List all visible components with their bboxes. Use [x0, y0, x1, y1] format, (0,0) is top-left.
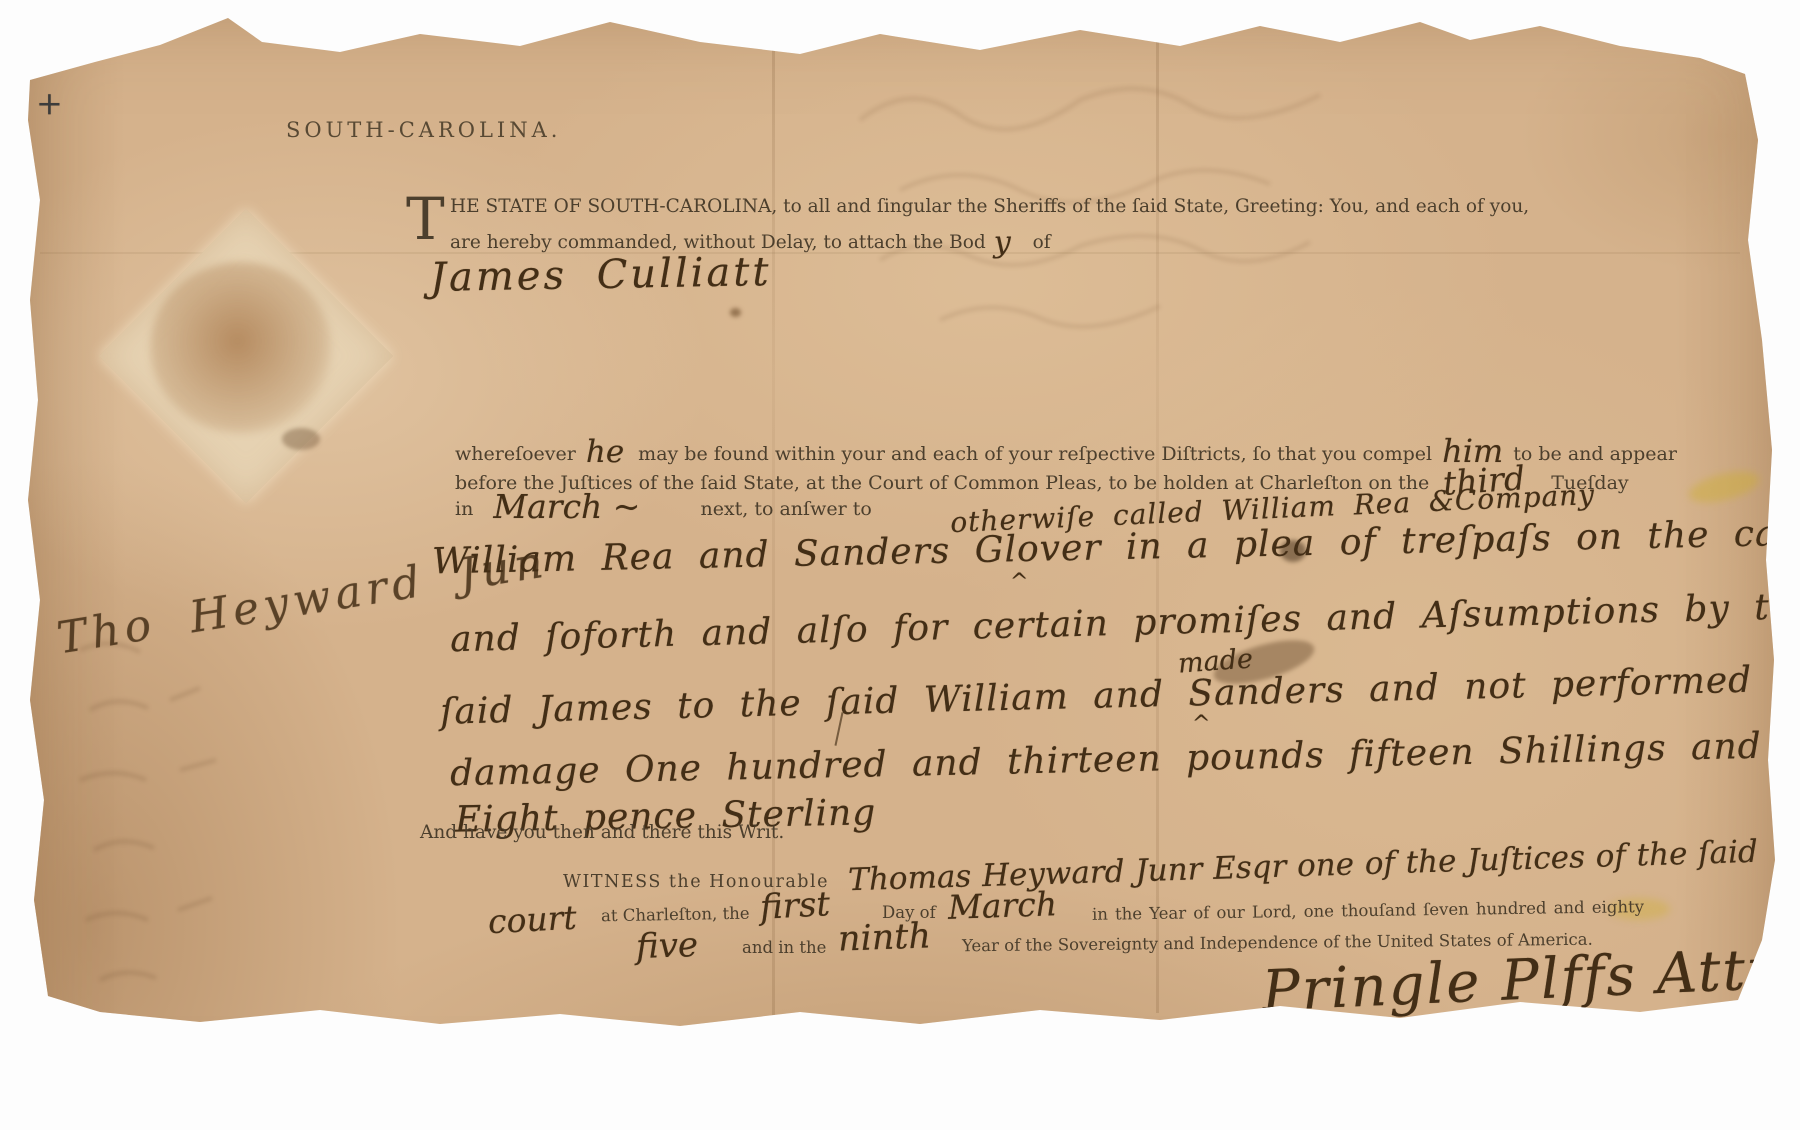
opening-line2-of: of: [1033, 232, 1051, 253]
witness-hand-march: March: [947, 884, 1057, 927]
mandate-l3-hand-march: March ~: [493, 487, 640, 526]
witness-hand-five: five: [635, 925, 698, 967]
yellow-smudge-right: [1686, 466, 1762, 509]
witness-hand-ninth: ninth: [837, 916, 931, 959]
defendant-name: James Culliatt: [430, 249, 772, 301]
plus-mark: +: [36, 84, 63, 122]
caret-mark-line1: ^: [1010, 570, 1028, 595]
witness-print-year-of-lord: in the Year of our Lord, one thouſand ſe…: [1092, 897, 1644, 924]
mandate-l3-print2: next, to anſwer to: [700, 498, 871, 520]
bleed-through-writing-left-margin: [50, 630, 270, 1010]
writ-paper-sheet: + SOUTH-CAROLINA. T HE STATE OF SOUTH-CA…: [0, 0, 1800, 1130]
plea-line2: and ſoforth and alſo for certain promiſe…: [450, 589, 1701, 661]
plea-line4: damage One hundred and thirteen pounds f…: [450, 727, 1716, 794]
margin-docket-note: Tho Heyward Jun: [54, 547, 487, 665]
scanned-document-canvas: + SOUTH-CAROLINA. T HE STATE OF SOUTH-CA…: [0, 0, 1800, 1130]
drop-cap-T: T: [406, 190, 445, 248]
region-header: SOUTH-CAROLINA.: [286, 118, 561, 142]
mandate-l3-print-in: in: [455, 498, 473, 520]
brown-stain-blob: [150, 262, 332, 434]
opening-line1: HE STATE OF SOUTH-CAROLINA, to all and ſ…: [450, 196, 1465, 217]
writ-clause: And have you then and there this Writ.: [420, 822, 784, 843]
witness-hand-court: court: [487, 898, 578, 942]
body-of-handwritten-y: y: [994, 225, 1011, 260]
stain-speck-patch-edge: [282, 428, 320, 450]
caret-mark-line3: ^: [1192, 712, 1210, 737]
plea-line3: ſaid James to the ſaid William and Sande…: [440, 660, 1731, 733]
witness-print-and-in-the: and in the: [742, 938, 826, 957]
signature-flourish: [1250, 1012, 1790, 1072]
ink-speck-top-center: [730, 308, 741, 317]
mandate-line3: in March ~ next, to anſwer to: [455, 484, 872, 523]
witness-hand-first: first: [759, 884, 831, 928]
witness-print-at-charleston: at Charleſton, the: [601, 904, 750, 926]
